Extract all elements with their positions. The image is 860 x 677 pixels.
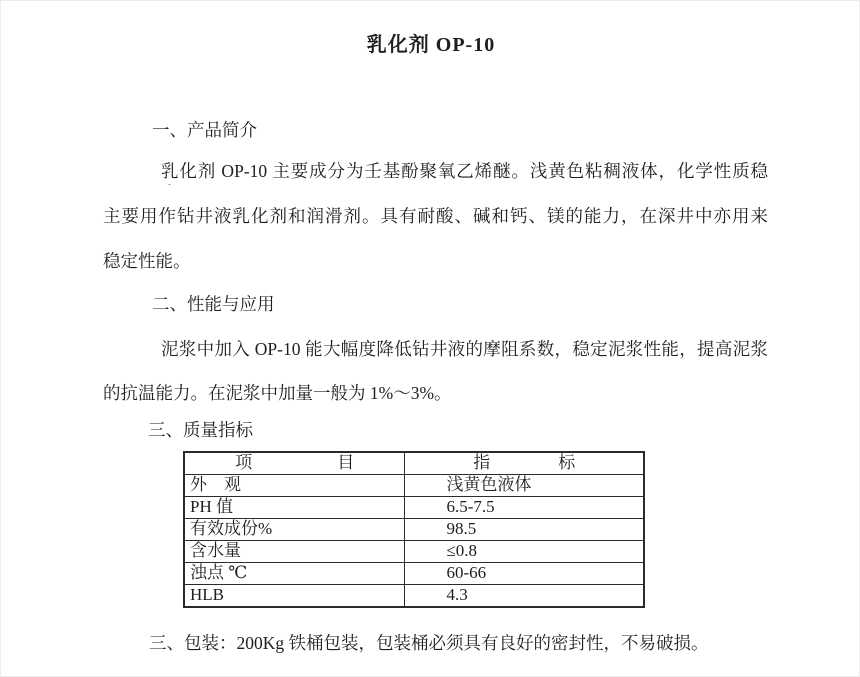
section2-paragraph-line1: 泥浆中加入 OP-10 能大幅度降低钻井液的摩阻系数，稳定泥浆性能，提高泥浆 — [103, 339, 768, 363]
table-cell-value: ≤0.8 — [405, 541, 644, 563]
table-row: HLB 4.3 — [184, 585, 644, 608]
table-cell-item: 含水量 — [184, 541, 405, 563]
table-cell-value: 6.5-7.5 — [405, 497, 644, 519]
document-page: 乳化剂 OP-10 一、产品简介 乳化剂 OP-10 主要成分为壬基酚聚氧乙烯醚… — [0, 0, 860, 677]
table-row: 外 观 浅黄色液体 — [184, 475, 644, 497]
table-row: PH 值 6.5-7.5 — [184, 497, 644, 519]
table-cell-value: 浅黄色液体 — [405, 475, 644, 497]
table-cell-item: 外 观 — [184, 475, 405, 497]
section4-packaging-line: 三、包装：200Kg 铁桶包装，包装桶必须具有良好的密封性，不易破损。 — [149, 633, 709, 655]
section2-paragraph-line2: 的抗温能力。在泥浆中加量一般为 1%～3%。 — [103, 383, 452, 405]
table-header-value: 指 标 — [405, 452, 644, 475]
section1-paragraph-line2: 主要用作钻井液乳化剂和润滑剂。具有耐酸、碱和钙、镁的能力，在深井中亦用来 — [103, 206, 768, 230]
table-cell-value: 98.5 — [405, 519, 644, 541]
table-cell-value: 4.3 — [405, 585, 644, 608]
table-row: 含水量 ≤0.8 — [184, 541, 644, 563]
table-header-row: 项 目 指 标 — [184, 452, 644, 475]
section2-heading: 二、性能与应用 — [152, 294, 275, 316]
section1-paragraph-line1: 乳化剂 OP-10 主要成分为壬基酚聚氧乙烯醚。浅黄色粘稠液体，化学性质稳定。 — [103, 161, 768, 185]
table-cell-item: 浊点 ℃ — [184, 563, 405, 585]
table-cell-value: 60-66 — [405, 563, 644, 585]
section3-heading: 三、质量指标 — [148, 420, 253, 442]
document-title: 乳化剂 OP-10 — [1, 28, 860, 57]
table-header-item: 项 目 — [184, 452, 405, 475]
section1-paragraph-line3: 稳定性能。 — [103, 251, 191, 273]
quality-spec-table: 项 目 指 标 外 观 浅黄色液体 PH 值 6.5-7.5 有效成份% 98.… — [183, 451, 645, 608]
table-cell-item: 有效成份% — [184, 519, 405, 541]
table-cell-item: HLB — [184, 585, 405, 608]
table-row: 有效成份% 98.5 — [184, 519, 644, 541]
section1-heading: 一、产品简介 — [152, 120, 257, 142]
table-row: 浊点 ℃ 60-66 — [184, 563, 644, 585]
table-cell-item: PH 值 — [184, 497, 405, 519]
